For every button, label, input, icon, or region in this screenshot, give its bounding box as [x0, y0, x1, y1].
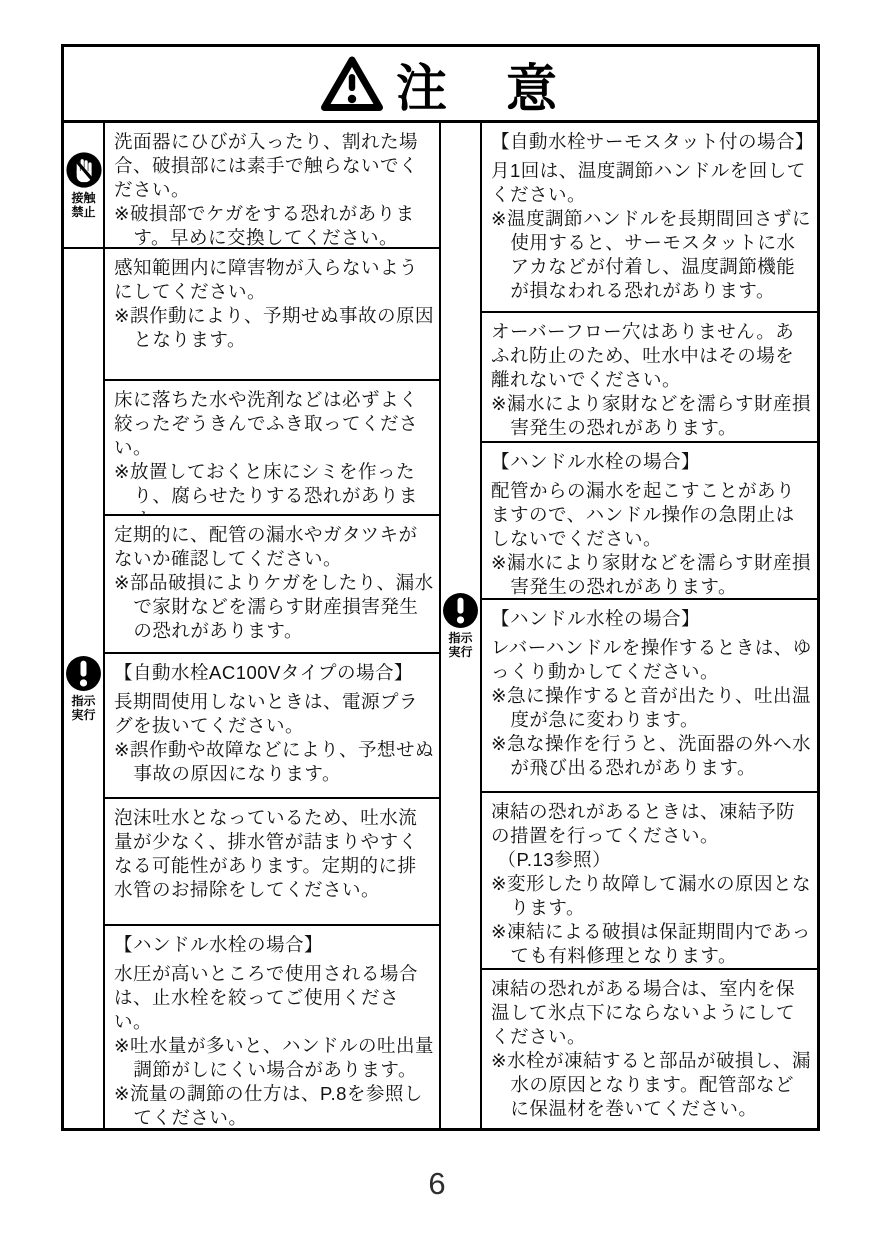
cell-heading: 【ハンドル水栓の場合】 [114, 933, 434, 957]
cell-text: ※流量の調節の仕方は、P.8を参照してください。 [114, 1082, 434, 1128]
cell-text: ※部品破損によりケガをしたり、漏水で家財などを濡らす財産損害発生の恐れがあります… [114, 571, 434, 643]
icon-label-instruction-right: 指示実行 [448, 632, 472, 659]
instruction-icon [442, 592, 479, 629]
left-row-contact-prohibited: 接触禁止 洗面器にひびが入ったり、割れた場合、破損部には素手で触らないでください… [64, 123, 439, 249]
cell-text: 月1回は、温度調節ハンドルを回してください。 [491, 159, 812, 207]
cell-text: ※誤作動により、予期せぬ事故の原因となります。 [114, 304, 434, 352]
caution-cell: 床に落ちた水や洗剤などは必ずよく絞ったぞうきんでふき取ってください。※放置してお… [105, 381, 439, 516]
cell-text: ※凍結による破損は保証期間内であっても有料修理となります。 [491, 920, 812, 968]
icon-label-contact-prohibited: 接触禁止 [71, 192, 95, 219]
warning-triangle-icon [320, 55, 384, 113]
cell-text: ※水栓が凍結すると部品が破損し、漏水の原因となります。配管部などに保温材を巻いて… [491, 1049, 812, 1121]
caution-cell: 【自動水栓サーモスタット付の場合】月1回は、温度調節ハンドルを回してください。※… [482, 123, 817, 313]
cell-text: 水圧が高いところで使用される場合は、止水栓を絞ってご使用ください。 [114, 962, 434, 1034]
caution-cell: 凍結の恐れがある場合は、室内を保温して氷点下にならないようにしてください。※水栓… [482, 970, 817, 1128]
cell-text: 泡沫吐水となっているため、吐水流量が少なく、排水管が詰まりやすくなる可能性があり… [114, 806, 434, 902]
caution-title: 注 意 [396, 47, 561, 121]
cell-text: レバーハンドルを操作するときは、ゆっくり動かしてください。 [491, 636, 812, 684]
cell-text: ※変形したり故障して漏水の原因となります。 [491, 872, 812, 920]
cell-text: ※誤作動や故障などにより、予想せぬ事故の原因になります。 [114, 738, 434, 786]
cell-text: 長期間使用しないときは、電源プラグを抜いてください。 [114, 690, 434, 738]
cell-heading: 【自動水栓サーモスタット付の場合】 [491, 130, 812, 154]
caution-cell: 凍結の恐れがあるときは、凍結予防の措置を行ってください。（P.13参照）※変形し… [482, 793, 817, 970]
caution-cell: 【ハンドル水栓の場合】レバーハンドルを操作するときは、ゆっくり動かしてください。… [482, 600, 817, 793]
caution-cell: 洗面器にひびが入ったり、割れた場合、破損部には素手で触らないでください。※破損部… [105, 123, 439, 247]
caution-cell: 泡沫吐水となっているため、吐水流量が少なく、排水管が詰まりやすくなる可能性があり… [105, 799, 439, 926]
cell-text: ※破損部でケガをする恐れがあります。早めに交換してください。 [114, 202, 434, 247]
contact-prohibited-icon-cell: 接触禁止 [64, 123, 105, 247]
cell-text: 定期的に、配管の漏水やガタツキがないか確認してください。 [114, 523, 434, 571]
cell-text: ※漏水により家財などを濡らす財産損害発生の恐れがあります。 [491, 551, 812, 599]
cell-text: ※温度調節ハンドルを長期間回さずに使用すると、サーモスタットに水アカなどが付着し… [491, 207, 812, 303]
caution-cell: 【ハンドル水栓の場合】水圧が高いところで使用される場合は、止水栓を絞ってご使用く… [105, 926, 439, 1128]
cell-heading: 【ハンドル水栓の場合】 [491, 607, 812, 631]
cell-text: オーバーフロー穴はありません。あふれ防止のため、吐水中はその場を離れないでくださ… [491, 320, 812, 392]
cell-text: ※急な操作を行うと、洗面器の外へ水が飛び出る恐れがあります。 [491, 732, 812, 780]
instruction-icon-cell-right: 指示実行 [441, 123, 482, 1128]
caution-table: 注 意 [61, 44, 820, 1131]
caution-header: 注 意 [64, 47, 817, 123]
left-row1-cells: 洗面器にひびが入ったり、割れた場合、破損部には素手で触らないでください。※破損部… [105, 123, 439, 247]
cell-text: ※吐水量が多いと、ハンドルの吐出量調節がしにくい場合があります。 [114, 1034, 434, 1082]
left-row-instruction: 指示実行 感知範囲内に障害物が入らないようにしてください。※誤作動により、予期せ… [64, 249, 439, 1128]
cell-heading: 【自動水栓AC100Vタイプの場合】 [114, 661, 434, 685]
left-section: 接触禁止 洗面器にひびが入ったり、割れた場合、破損部には素手で触らないでください… [64, 123, 441, 1128]
cell-heading: 【ハンドル水栓の場合】 [491, 450, 812, 474]
right-section: 指示実行 【自動水栓サーモスタット付の場合】月1回は、温度調節ハンドルを回してく… [441, 123, 817, 1128]
cell-text: 洗面器にひびが入ったり、割れた場合、破損部には素手で触らないでください。 [114, 130, 434, 202]
caution-cell: 【自動水栓AC100Vタイプの場合】長期間使用しないときは、電源プラグを抜いてく… [105, 654, 439, 799]
icon-label-instruction-left: 指示実行 [71, 695, 95, 722]
instruction-icon-cell-left: 指示実行 [64, 249, 105, 1128]
page-number: 6 [0, 1166, 875, 1202]
cell-text: ※放置しておくと床にシミを作ったり、腐らせたりする恐れがあります。 [114, 460, 434, 516]
cell-text: 凍結の恐れがあるときは、凍結予防の措置を行ってください。 [491, 800, 812, 848]
caution-cell: 【ハンドル水栓の場合】配管からの漏水を起こすことがありますので、ハンドル操作の急… [482, 443, 817, 600]
caution-cell: 感知範囲内に障害物が入らないようにしてください。※誤作動により、予期せぬ事故の原… [105, 249, 439, 381]
caution-cell: 定期的に、配管の漏水やガタツキがないか確認してください。※部品破損によりケガをし… [105, 516, 439, 654]
cell-text: ※急に操作すると音が出たり、吐出温度が急に変わります。 [491, 684, 812, 732]
cell-text: 凍結の恐れがある場合は、室内を保温して氷点下にならないようにしてください。 [491, 977, 812, 1049]
right-cells: 【自動水栓サーモスタット付の場合】月1回は、温度調節ハンドルを回してください。※… [482, 123, 817, 1128]
cell-text: ※漏水により家財などを濡らす財産損害発生の恐れがあります。 [491, 392, 812, 440]
contact-prohibited-icon [65, 151, 103, 189]
cell-text: （P.13参照） [491, 848, 812, 872]
left-row2-cells: 感知範囲内に障害物が入らないようにしてください。※誤作動により、予期せぬ事故の原… [105, 249, 439, 1128]
instruction-icon [65, 655, 102, 692]
cell-text: 配管からの漏水を起こすことがありますので、ハンドル操作の急閉止はしないでください… [491, 479, 812, 551]
manual-page: 注 意 [0, 0, 875, 1240]
caution-cell: オーバーフロー穴はありません。あふれ防止のため、吐水中はその場を離れないでくださ… [482, 313, 817, 443]
cell-text: 感知範囲内に障害物が入らないようにしてください。 [114, 256, 434, 304]
cell-text: 床に落ちた水や洗剤などは必ずよく絞ったぞうきんでふき取ってください。 [114, 388, 434, 460]
table-body: 接触禁止 洗面器にひびが入ったり、割れた場合、破損部には素手で触らないでください… [64, 123, 817, 1128]
